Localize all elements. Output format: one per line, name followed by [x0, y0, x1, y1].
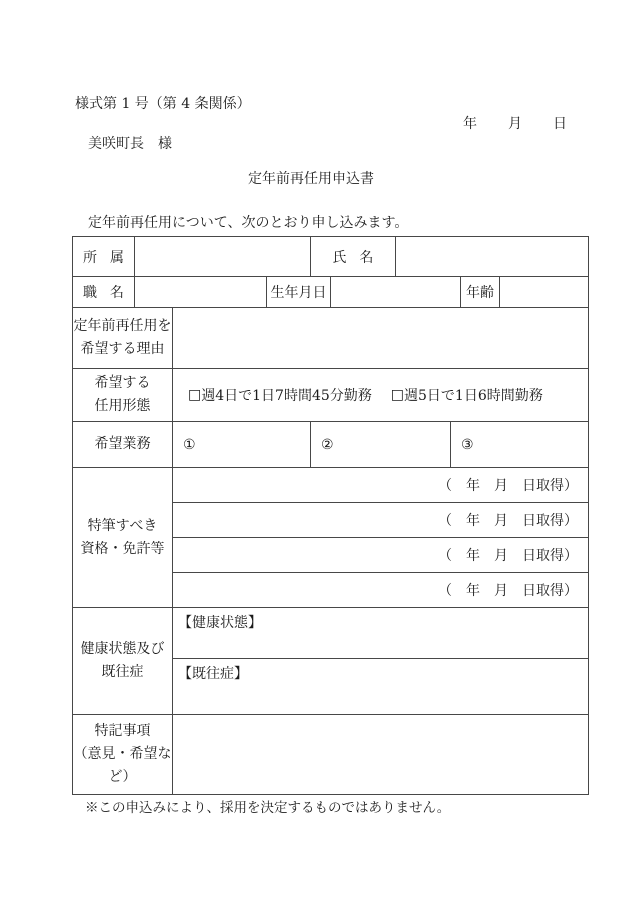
birth-date-label: 生年月日: [267, 277, 331, 307]
medical-history-header: 【既往症】: [178, 663, 248, 683]
name-label: 氏名: [311, 237, 396, 276]
circled-2-marker: ②: [321, 437, 334, 453]
affiliation-input-cell[interactable]: [135, 237, 311, 276]
qualifications-label: 特筆すべき 資格・免許等: [73, 468, 173, 607]
affiliation-label: 所属: [73, 237, 135, 276]
qualification-entry-row[interactable]: （ 年 月 日取得）: [173, 468, 588, 503]
desired-work-item-3[interactable]: ③: [451, 422, 588, 467]
row-affiliation-name: 所属 氏名: [73, 237, 588, 277]
reason-input-cell[interactable]: [173, 308, 588, 368]
medical-history-section[interactable]: 【既往症】: [173, 659, 588, 714]
acquired-date-suffix: （ 年 月 日取得）: [438, 580, 578, 600]
option-week5-checkbox[interactable]: □週5日で1日6時間勤務: [391, 385, 543, 405]
checkbox-unchecked-icon: □: [188, 387, 201, 403]
row-desired-work: 希望業務 ① ② ③: [73, 422, 588, 468]
desired-work-item-1[interactable]: ①: [173, 422, 311, 467]
circled-3-marker: ③: [461, 437, 474, 453]
remarks-input-cell[interactable]: [173, 715, 588, 794]
name-label-text: 氏名: [333, 247, 387, 267]
option-week4-label: 週4日で1日7時間45分勤務: [201, 385, 372, 405]
application-form-table: 所属 氏名 職名 生年月日 年齢 定年前再任用を 希望する理由 希望する 任用形…: [72, 236, 589, 795]
row-remarks: 特記事項 （意見・希望など）: [73, 715, 588, 794]
acquired-date-suffix: （ 年 月 日取得）: [438, 510, 578, 530]
row-jobtitle-birthdate-age: 職名 生年月日 年齢: [73, 277, 588, 308]
acquired-date-suffix: （ 年 月 日取得）: [438, 475, 578, 495]
job-title-input-cell[interactable]: [135, 277, 267, 307]
circled-1-marker: ①: [183, 437, 196, 453]
health-status-section[interactable]: 【健康状態】: [173, 608, 588, 659]
addressee: 美咲町長 様: [88, 136, 172, 152]
desired-work-label: 希望業務: [73, 422, 173, 467]
reason-label: 定年前再任用を 希望する理由: [73, 308, 173, 368]
checkbox-unchecked-icon: □: [391, 387, 404, 403]
employment-type-options: □週4日で1日7時間45分勤務 □週5日で1日6時間勤務: [173, 369, 588, 421]
option-week5-label: 週5日で1日6時間勤務: [404, 385, 543, 405]
row-reason: 定年前再任用を 希望する理由: [73, 308, 588, 369]
health-sections: 【健康状態】 【既往症】: [173, 608, 588, 714]
date-line: 年 月 日: [463, 116, 568, 132]
form-number: 様式第 1 号（第 4 条関係）: [75, 96, 251, 112]
qualification-entry-row[interactable]: （ 年 月 日取得）: [173, 573, 588, 607]
health-label: 健康状態及び 既往症: [73, 608, 173, 714]
document-title: 定年前再任用申込書: [0, 171, 622, 187]
row-employment-type: 希望する 任用形態 □週4日で1日7時間45分勤務 □週5日で1日6時間勤務: [73, 369, 588, 422]
birth-date-input-cell[interactable]: [331, 277, 461, 307]
document-page: { "page": { "form_number": "様式第 1 号（第 4 …: [0, 0, 630, 903]
remarks-label: 特記事項 （意見・希望など）: [73, 715, 173, 794]
job-title-label-text: 職名: [83, 282, 137, 302]
intro-text: 定年前再任用について、次のとおり申し込みます。: [88, 215, 408, 231]
employment-type-label: 希望する 任用形態: [73, 369, 173, 421]
age-label: 年齢: [461, 277, 500, 307]
option-week4-checkbox[interactable]: □週4日で1日7時間45分勤務: [188, 385, 372, 405]
health-status-header: 【健康状態】: [178, 612, 262, 632]
footnote: ※この申込みにより、採用を決定するものではありません。: [85, 800, 450, 816]
qualification-entry-row[interactable]: （ 年 月 日取得）: [173, 503, 588, 538]
row-health: 健康状態及び 既往症 【健康状態】 【既往症】: [73, 608, 588, 715]
name-input-cell[interactable]: [396, 237, 588, 276]
job-title-label: 職名: [73, 277, 135, 307]
affiliation-label-text: 所属: [83, 247, 137, 267]
qualification-entries: （ 年 月 日取得） （ 年 月 日取得） （ 年 月 日取得） （ 年 月 日…: [173, 468, 588, 607]
acquired-date-suffix: （ 年 月 日取得）: [438, 545, 578, 565]
qualification-entry-row[interactable]: （ 年 月 日取得）: [173, 538, 588, 573]
row-qualifications: 特筆すべき 資格・免許等 （ 年 月 日取得） （ 年 月 日取得） （ 年 月…: [73, 468, 588, 608]
desired-work-item-2[interactable]: ②: [311, 422, 451, 467]
age-input-cell[interactable]: [500, 277, 588, 307]
